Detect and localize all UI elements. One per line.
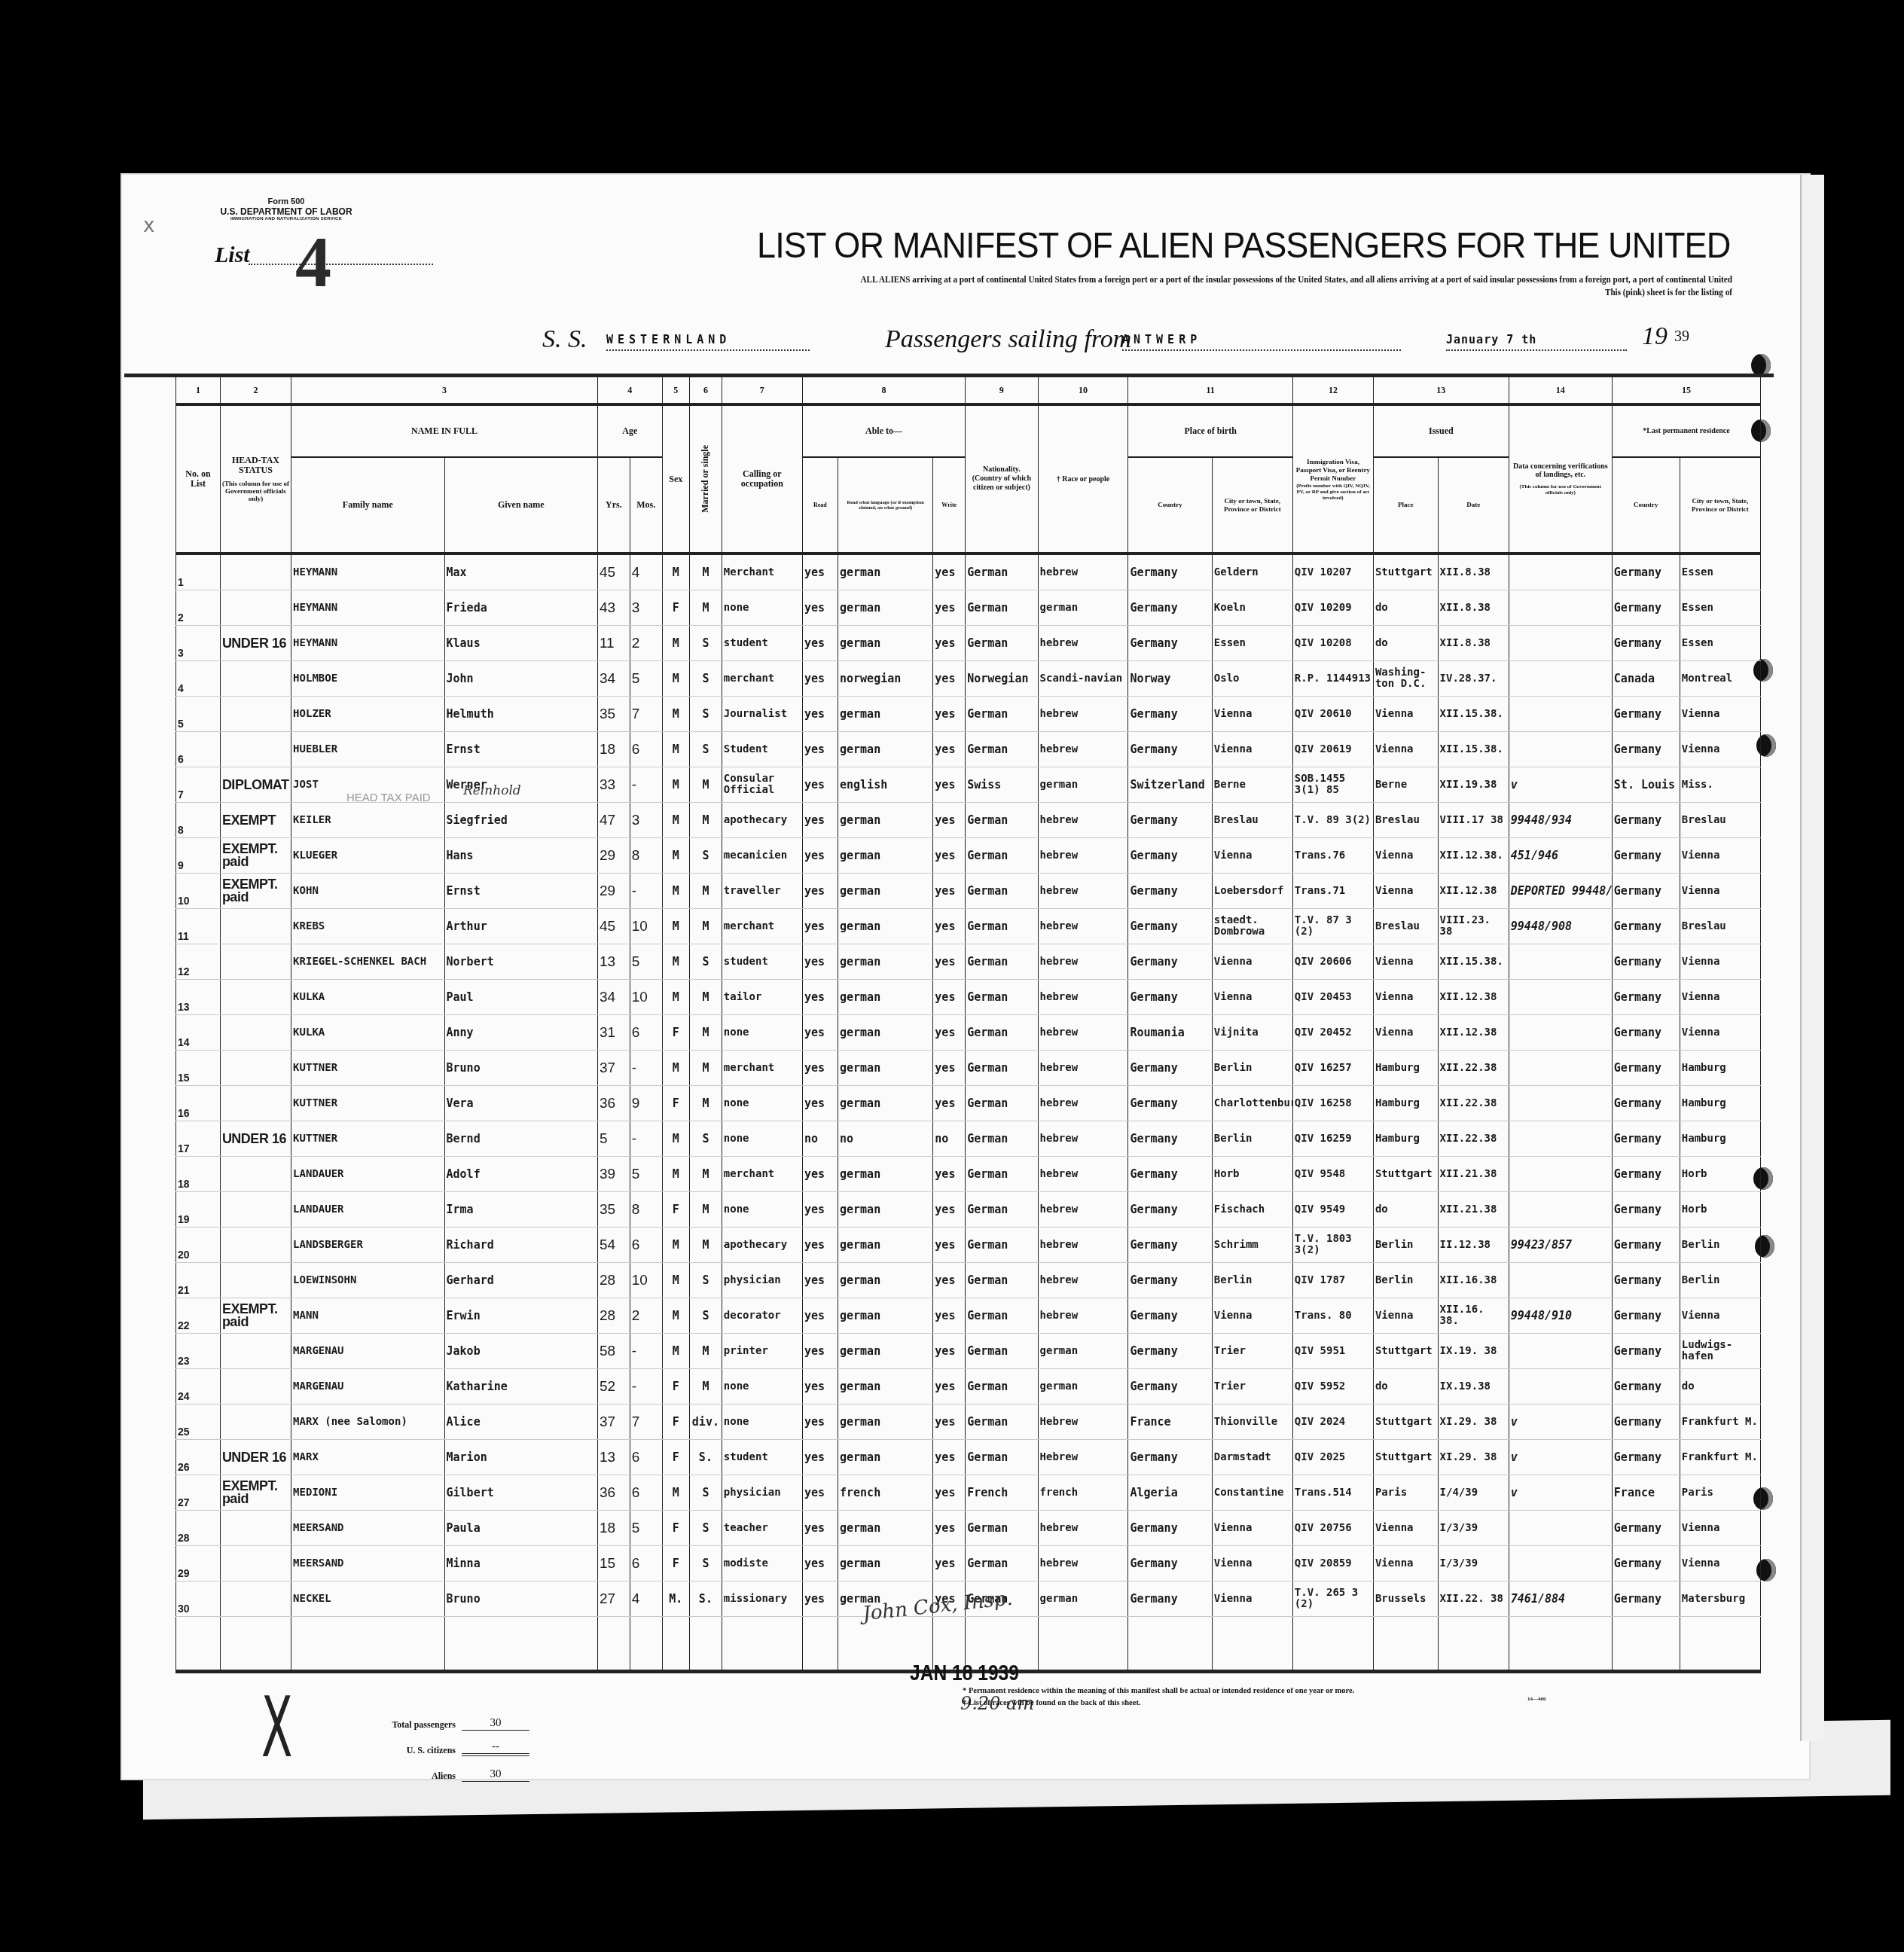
issued-date-cell: XI.29. 38	[1438, 1405, 1509, 1440]
residence-city-cell: Berlin	[1680, 1263, 1760, 1298]
visa-number-cell: QIV 10208	[1292, 626, 1373, 661]
write-cell: yes	[933, 1405, 966, 1440]
residence-city-cell: Miss.	[1680, 767, 1760, 803]
write-cell: yes	[933, 732, 966, 767]
passenger-row: 10 EXEMPT. paid KOHN Ernst 29 - M M trav…	[176, 874, 1761, 909]
colnum: 5	[662, 377, 689, 405]
age-months-cell: 3	[630, 803, 662, 838]
age-years-cell: 43	[597, 590, 630, 626]
marital-status-cell: M	[689, 803, 722, 838]
family-name-cell: KLUEGER	[291, 838, 444, 874]
nationality-cell: German	[966, 697, 1038, 732]
race-cell: hebrew	[1038, 1015, 1128, 1051]
residence-country-cell: Germany	[1612, 909, 1680, 944]
passenger-row: 8 EXEMPT KEILER Siegfried 47 3 M M apoth…	[176, 803, 1761, 838]
marital-status-cell: S.	[689, 1581, 722, 1617]
header-given-name: Given name	[444, 457, 597, 554]
issued-date-cell: XII.15.38.	[1438, 697, 1509, 732]
blank-cell	[220, 1617, 291, 1672]
given-name-cell: Norbert	[444, 944, 597, 980]
header-verification: Data concerning verifications of landing…	[1509, 404, 1612, 554]
occupation-cell: merchant	[722, 1157, 802, 1192]
birth-country-cell: Germany	[1128, 1440, 1212, 1475]
head-tax-status-cell: EXEMPT. paid	[220, 1475, 291, 1511]
given-name-cell: Klaus	[444, 626, 597, 661]
sex-cell: M	[662, 554, 689, 590]
age-years-cell: 18	[597, 1511, 630, 1546]
colnum: 14	[1509, 377, 1612, 405]
issued-place-cell: Berlin	[1373, 1263, 1438, 1298]
sex-cell: M	[662, 1121, 689, 1157]
passenger-row: 5 HOLZER Helmuth 35 7 M S Journalist yes…	[176, 697, 1761, 732]
head-tax-status-cell: EXEMPT	[220, 803, 291, 838]
birth-country-cell: Germany	[1128, 838, 1212, 874]
given-name-cell: Max	[444, 554, 597, 590]
list-number-cell: 5	[176, 697, 221, 732]
form-identifier: Form 500 U.S. DEPARTMENT OF LABOR IMMIGR…	[211, 197, 362, 221]
write-cell: yes	[933, 590, 966, 626]
blank-cell	[597, 1617, 630, 1672]
head-tax-status-cell	[220, 909, 291, 944]
birth-country-cell: Norway	[1128, 661, 1212, 697]
read-cell: yes	[802, 590, 838, 626]
sex-cell: M	[662, 909, 689, 944]
language-cell: german	[838, 590, 932, 626]
nationality-cell: German	[966, 980, 1038, 1015]
marital-status-cell: M	[689, 1051, 722, 1086]
list-number-cell: 2	[176, 590, 221, 626]
header-res-city: City or town, State, Province or Distric…	[1680, 457, 1760, 554]
residence-country-cell: Germany	[1612, 874, 1680, 909]
language-cell: german	[838, 944, 932, 980]
residence-city-cell: Vienna	[1680, 1015, 1760, 1051]
sailing-label: Passengers sailing from	[885, 325, 1131, 354]
write-cell: yes	[933, 803, 966, 838]
issued-place-cell: Stuttgart	[1373, 1440, 1438, 1475]
occupation-cell: Merchant	[722, 554, 802, 590]
verification-cell: DEPORTED 99448/911	[1509, 874, 1612, 909]
year-suffix: 39	[1674, 328, 1689, 346]
issued-date-cell: XII.12.38	[1438, 1015, 1509, 1051]
age-months-cell: 3	[630, 590, 662, 626]
occupation-cell: physician	[722, 1263, 802, 1298]
header-issued-date: Date	[1438, 457, 1509, 554]
passenger-row: 13 KULKA Paul 34 10 M M tailor yes germa…	[176, 980, 1761, 1015]
visa-number-cell: QIV 20619	[1292, 732, 1373, 767]
head-tax-status-cell	[220, 944, 291, 980]
age-months-cell: -	[630, 1051, 662, 1086]
age-years-cell: 47	[597, 803, 630, 838]
nationality-cell: German	[966, 1546, 1038, 1581]
issued-place-cell: Hamburg	[1373, 1051, 1438, 1086]
sailing-date: January 7 th	[1446, 333, 1627, 351]
marital-status-cell: M	[689, 1086, 722, 1121]
language-cell: german	[838, 1086, 932, 1121]
residence-city-cell: Ludwigs-hafen	[1680, 1334, 1760, 1369]
race-cell: hebrew	[1038, 1051, 1128, 1086]
verification-cell	[1509, 697, 1612, 732]
given-name-cell: Alice	[444, 1405, 597, 1440]
sex-cell: M.	[662, 1581, 689, 1617]
marital-status-cell: M	[689, 980, 722, 1015]
visa-number-cell: QIV 10209	[1292, 590, 1373, 626]
residence-city-cell: Berlin	[1680, 1228, 1760, 1263]
passenger-totals: Total passengers 30 U. S. citizens -- Al…	[316, 1705, 529, 1782]
issued-date-cell: XII.22.38	[1438, 1121, 1509, 1157]
issued-place-cell: Vienna	[1373, 944, 1438, 980]
residence-country-cell: Germany	[1612, 697, 1680, 732]
write-cell: yes	[933, 1298, 966, 1334]
birth-city-cell: staedt. Dombrowa	[1212, 909, 1292, 944]
residence-city-cell: Horb	[1680, 1157, 1760, 1192]
residence-city-cell: Vienna	[1680, 1546, 1760, 1581]
issued-place-cell: Vienna	[1373, 980, 1438, 1015]
age-years-cell: 11	[597, 626, 630, 661]
given-name-cell: Richard	[444, 1228, 597, 1263]
occupation-cell: none	[722, 1405, 802, 1440]
given-name-cell: Bernd	[444, 1121, 597, 1157]
birth-country-cell: Germany	[1128, 944, 1212, 980]
given-name-cell: Frieda	[444, 590, 597, 626]
nationality-cell: German	[966, 1405, 1038, 1440]
nationality-cell: French	[966, 1475, 1038, 1511]
header-no-on-list: No. on List	[176, 404, 221, 554]
race-cell: hebrew	[1038, 732, 1128, 767]
head-tax-status-cell: UNDER 16	[220, 1121, 291, 1157]
race-cell: hebrew	[1038, 626, 1128, 661]
colnum: 15	[1612, 377, 1760, 405]
verification-cell: 99448/934	[1509, 803, 1612, 838]
list-number-cell: 7	[176, 767, 221, 803]
age-months-cell: 7	[630, 697, 662, 732]
us-citizens-label: U. S. citizens	[316, 1745, 456, 1756]
nationality-cell: German	[966, 1511, 1038, 1546]
age-months-cell: -	[630, 874, 662, 909]
age-months-cell: 6	[630, 1475, 662, 1511]
family-name-cell: HOLMBOE	[291, 661, 444, 697]
sex-cell: F	[662, 1369, 689, 1405]
passenger-row: 9 EXEMPT. paid KLUEGER Hans 29 8 M S mec…	[176, 838, 1761, 874]
race-cell: german	[1038, 1334, 1128, 1369]
issued-place-cell: Stuttgart	[1373, 1405, 1438, 1440]
us-citizens-row: U. S. citizens --	[316, 1731, 529, 1756]
head-tax-status-cell	[220, 1546, 291, 1581]
head-tax-status-cell	[220, 1369, 291, 1405]
occupation-cell: none	[722, 1192, 802, 1228]
marital-status-cell: S	[689, 1546, 722, 1581]
colnum: 3	[291, 377, 598, 405]
birth-city-cell: Darmstadt	[1212, 1440, 1292, 1475]
residence-city-cell: Frankfurt M.	[1680, 1405, 1760, 1440]
birth-city-cell: Vienna	[1212, 697, 1292, 732]
write-cell: yes	[933, 767, 966, 803]
issued-date-cell: I/3/39	[1438, 1546, 1509, 1581]
read-cell: yes	[802, 1369, 838, 1405]
nationality-cell: German	[966, 1157, 1038, 1192]
list-number-cell: 6	[176, 732, 221, 767]
header-place-of-birth: Place of birth	[1128, 404, 1292, 457]
family-name-cell: KEILER	[291, 803, 444, 838]
head-tax-status-cell: DIPLOMAT	[220, 767, 291, 803]
visa-number-cell: QIV 5952	[1292, 1369, 1373, 1405]
sex-cell: F	[662, 1192, 689, 1228]
marital-status-cell: M	[689, 1369, 722, 1405]
sex-cell: M	[662, 1051, 689, 1086]
family-name-cell: LOEWINSOHN	[291, 1263, 444, 1298]
residence-city-cell: Vienna	[1680, 944, 1760, 980]
write-cell: yes	[933, 661, 966, 697]
visa-number-cell: Trans.71	[1292, 874, 1373, 909]
age-months-cell: 7	[630, 1405, 662, 1440]
residence-country-cell: Germany	[1612, 1581, 1680, 1617]
given-name-cell: Minna	[444, 1546, 597, 1581]
keiler-handwritten-given-name: Reinhold	[463, 783, 521, 798]
head-tax-status-cell	[220, 1581, 291, 1617]
age-years-cell: 28	[597, 1298, 630, 1334]
nationality-cell: German	[966, 1263, 1038, 1298]
verification-cell	[1509, 1369, 1612, 1405]
issued-date-cell: XII.16.38	[1438, 1263, 1509, 1298]
visa-number-cell: Trans. 80	[1292, 1298, 1373, 1334]
blank-cell	[1292, 1617, 1373, 1672]
total-passengers-label: Total passengers	[316, 1719, 456, 1731]
race-cell: german	[1038, 1581, 1128, 1617]
cross-mark: X	[261, 1679, 292, 1776]
list-number-cell: 19	[176, 1192, 221, 1228]
visa-number-cell: QIV 16257	[1292, 1051, 1373, 1086]
given-name-cell: Anny	[444, 1015, 597, 1051]
age-months-cell: 4	[630, 1581, 662, 1617]
birth-city-cell: Berlin	[1212, 1263, 1292, 1298]
family-name-cell: LANDAUER	[291, 1157, 444, 1192]
colnum: 6	[689, 377, 722, 405]
issued-place-cell: Vienna	[1373, 732, 1438, 767]
language-cell: english	[838, 767, 932, 803]
passenger-manifest-table: 1 2 3 4 5 6 7 8 9 10 11 12 13 14 15 No. …	[175, 375, 1761, 1673]
blank-cell	[1373, 1617, 1438, 1672]
marital-status-cell: M	[689, 1192, 722, 1228]
birth-city-cell: Essen	[1212, 626, 1292, 661]
language-cell: german	[838, 697, 932, 732]
verification-cell: 7461/884	[1509, 1581, 1612, 1617]
marital-status-cell: S	[689, 697, 722, 732]
residence-country-cell: Germany	[1612, 732, 1680, 767]
marital-status-cell: M	[689, 1334, 722, 1369]
list-line	[249, 264, 433, 265]
sex-cell: M	[662, 980, 689, 1015]
read-cell: yes	[802, 697, 838, 732]
residence-country-cell: Germany	[1612, 1546, 1680, 1581]
read-cell: yes	[802, 767, 838, 803]
nationality-cell: German	[966, 1086, 1038, 1121]
occupation-cell: student	[722, 1440, 802, 1475]
residence-country-cell: Germany	[1612, 1228, 1680, 1263]
language-cell: german	[838, 874, 932, 909]
issued-date-cell: XII.8.38	[1438, 626, 1509, 661]
write-cell: yes	[933, 1086, 966, 1121]
header-family-name: Family name	[291, 457, 444, 554]
visa-number-cell: QIV 2024	[1292, 1405, 1373, 1440]
header-name-in-full: NAME IN FULL	[291, 404, 598, 457]
write-cell: yes	[933, 1475, 966, 1511]
read-cell: yes	[802, 944, 838, 980]
nationality-cell: Norwegian	[966, 661, 1038, 697]
blank-cell	[1438, 1617, 1509, 1672]
residence-city-cell: Essen	[1680, 590, 1760, 626]
colnum: 13	[1373, 377, 1509, 405]
visa-number-cell: QIV 2025	[1292, 1440, 1373, 1475]
age-months-cell: 10	[630, 980, 662, 1015]
age-months-cell: 6	[630, 732, 662, 767]
header-age: Age	[597, 404, 662, 457]
family-name-cell: MEERSAND	[291, 1546, 444, 1581]
occupation-cell: none	[722, 1369, 802, 1405]
blank-cell	[630, 1617, 662, 1672]
list-number-cell: 10	[176, 874, 221, 909]
sex-cell: F	[662, 1405, 689, 1440]
header-issued: Issued	[1373, 404, 1509, 457]
occupation-cell: teacher	[722, 1511, 802, 1546]
residence-country-cell: Germany	[1612, 944, 1680, 980]
residence-city-cell: Vienna	[1680, 980, 1760, 1015]
birth-city-cell: Thionville	[1212, 1405, 1292, 1440]
residence-country-cell: Germany	[1612, 1369, 1680, 1405]
residence-country-cell: Germany	[1612, 1157, 1680, 1192]
visa-number-cell: QIV 20610	[1292, 697, 1373, 732]
list-number-cell: 3	[176, 626, 221, 661]
verification-note: (This column for use of Government offic…	[1511, 483, 1610, 496]
age-years-cell: 45	[597, 909, 630, 944]
passenger-row: 2 HEYMANN Frieda 43 3 F M none yes germa…	[176, 590, 1761, 626]
birth-country-cell: Germany	[1128, 1546, 1212, 1581]
language-cell: german	[838, 732, 932, 767]
birth-city-cell: Vijnita	[1212, 1015, 1292, 1051]
residence-country-cell: Canada	[1612, 661, 1680, 697]
age-months-cell: 6	[630, 1015, 662, 1051]
passenger-row: 1 HEYMANN Max 45 4 M M Merchant yes germ…	[176, 554, 1761, 590]
residence-city-cell: Vienna	[1680, 874, 1760, 909]
given-name-cell: John	[444, 661, 597, 697]
visa-number-cell: T.V. 89 3(2)	[1292, 803, 1373, 838]
family-name-cell: KULKA	[291, 980, 444, 1015]
nationality-cell: German	[966, 874, 1038, 909]
residence-country-cell: Germany	[1612, 1192, 1680, 1228]
birth-country-cell: Roumania	[1128, 1015, 1212, 1051]
marital-status-cell: S	[689, 1298, 722, 1334]
sex-cell: M	[662, 697, 689, 732]
head-tax-status-cell: EXEMPT. paid	[220, 838, 291, 874]
colnum: 12	[1292, 377, 1373, 405]
header-married: Married or single	[689, 404, 722, 554]
issued-place-cell: Stuttgart	[1373, 554, 1438, 590]
residence-city-cell: Vienna	[1680, 1511, 1760, 1546]
age-months-cell: 6	[630, 1546, 662, 1581]
write-cell: yes	[933, 874, 966, 909]
age-months-cell: 4	[630, 554, 662, 590]
given-name-cell: Erwin	[444, 1298, 597, 1334]
residence-country-cell: Germany	[1612, 590, 1680, 626]
birth-country-cell: Germany	[1128, 980, 1212, 1015]
read-cell: yes	[802, 874, 838, 909]
passenger-row: 16 KUTTNER Vera 36 9 F M none yes german…	[176, 1086, 1761, 1121]
family-name-cell: LANDSBERGER	[291, 1228, 444, 1263]
language-cell: german	[838, 626, 932, 661]
given-name-cell: Ernst	[444, 732, 597, 767]
residence-country-cell: Germany	[1612, 1263, 1680, 1298]
birth-country-cell: Germany	[1128, 1157, 1212, 1192]
visa-note: (Prefix number with QIV, NQIV, PV, or RP…	[1295, 483, 1372, 501]
marital-status-cell: M	[689, 1015, 722, 1051]
residence-country-cell: Germany	[1612, 1015, 1680, 1051]
age-months-cell: 10	[630, 909, 662, 944]
age-months-cell: -	[630, 1334, 662, 1369]
read-cell: yes	[802, 1263, 838, 1298]
family-name-cell: LANDAUER	[291, 1192, 444, 1228]
language-cell: german	[838, 1546, 932, 1581]
family-name-cell: MEERSAND	[291, 1511, 444, 1546]
birth-country-cell: Germany	[1128, 554, 1212, 590]
list-number-cell: 14	[176, 1015, 221, 1051]
verification-cell	[1509, 1334, 1612, 1369]
issued-date-cell: I/3/39	[1438, 1511, 1509, 1546]
race-cell: hebrew	[1038, 554, 1128, 590]
nationality-cell: German	[966, 909, 1038, 944]
sex-cell: M	[662, 661, 689, 697]
occupation-cell: tailor	[722, 980, 802, 1015]
verification-cell: v	[1509, 767, 1612, 803]
race-cell: hebrew	[1038, 1086, 1128, 1121]
language-cell: german	[838, 1228, 932, 1263]
residence-country-cell: Germany	[1612, 1298, 1680, 1334]
sex-cell: M	[662, 838, 689, 874]
total-passengers-row: Total passengers 30	[316, 1705, 529, 1731]
age-years-cell: 33	[597, 767, 630, 803]
family-name-cell: KOHN	[291, 874, 444, 909]
head-tax-status-cell	[220, 732, 291, 767]
family-name-cell: MARX	[291, 1440, 444, 1475]
birth-city-cell: Koeln	[1212, 590, 1292, 626]
sex-cell: M	[662, 803, 689, 838]
head-tax-status-cell	[220, 1157, 291, 1192]
header-residence: *Last permanent residence	[1612, 404, 1760, 457]
header-birth-country: Country	[1128, 457, 1212, 554]
colnum: 4	[597, 377, 662, 405]
language-cell: german	[838, 1334, 932, 1369]
residence-country-cell: Germany	[1612, 1051, 1680, 1086]
blank-cell	[1212, 1617, 1292, 1672]
list-number-cell: 27	[176, 1475, 221, 1511]
year-prefix: 19	[1642, 322, 1668, 351]
family-name-cell: MEDIONI	[291, 1475, 444, 1511]
birth-country-cell: Germany	[1128, 803, 1212, 838]
residence-city-cell: Hamburg	[1680, 1051, 1760, 1086]
verification-cell	[1509, 1263, 1612, 1298]
family-name-cell: MARGENAU	[291, 1369, 444, 1405]
nationality-cell: German	[966, 626, 1038, 661]
blank-cell	[291, 1617, 444, 1672]
write-cell: yes	[933, 626, 966, 661]
language-cell: german	[838, 1405, 932, 1440]
race-cell: hebrew	[1038, 1511, 1128, 1546]
given-name-cell: Jakob	[444, 1334, 597, 1369]
marital-status-cell: div.	[689, 1405, 722, 1440]
given-name-cell: Bruno	[444, 1051, 597, 1086]
visa-number-cell: QIV 1787	[1292, 1263, 1373, 1298]
language-cell: german	[838, 980, 932, 1015]
birth-city-cell: Vienna	[1212, 944, 1292, 980]
birth-country-cell: Germany	[1128, 1086, 1212, 1121]
marital-status-cell: S	[689, 838, 722, 874]
